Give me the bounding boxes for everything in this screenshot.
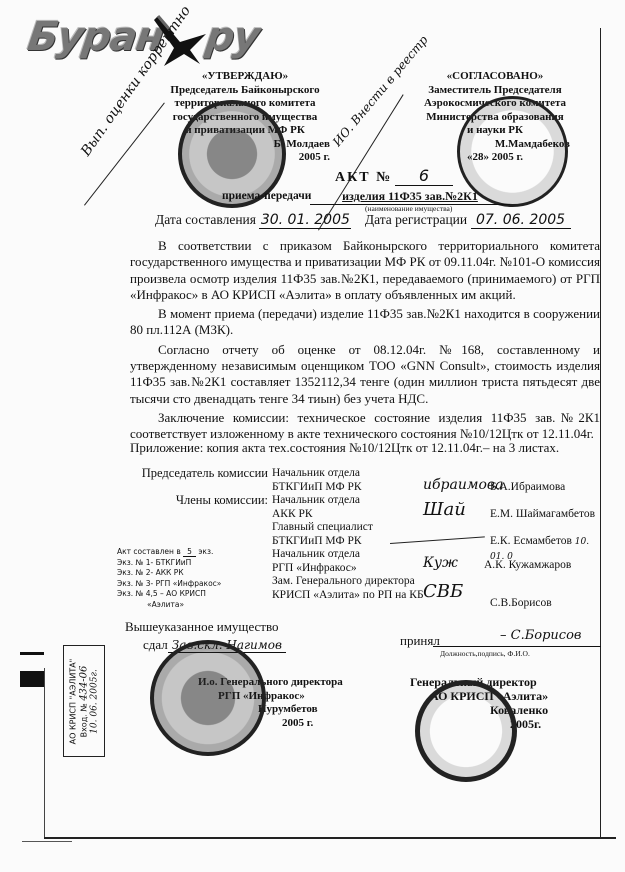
copies-count: 5 <box>183 547 196 557</box>
signer-position: Начальник отделаБТКГИиП МФ РК <box>272 467 432 494</box>
act-subtitle: приема-передачи <box>222 190 311 202</box>
copies-header: Акт составлен в 5 экз. <box>117 547 221 558</box>
members-label: Члены комиссии: <box>128 494 268 508</box>
gave-label: сдал <box>143 637 168 652</box>
signer-position: Главный специалистБТКГИиП МФ РК <box>272 521 432 548</box>
signature-mark: Шай <box>423 503 466 517</box>
stamp-date: 10. 06. 2005г. <box>90 658 101 744</box>
page-border-right <box>600 28 601 838</box>
agreement-title: «СОГЛАСОВАНО» <box>420 70 570 84</box>
infrakos-seal-stamp <box>150 640 266 756</box>
approval-line: Председатель Байконырского <box>160 84 330 98</box>
position-line: БТКГИиП МФ РК <box>272 481 432 495</box>
act-title: АКТ № <box>335 170 392 186</box>
incoming-registration-stamp: АО КРИСП "АЭЛИТА" Вход. № 434-06 10. 06.… <box>63 645 105 757</box>
stamp-label: Вход. № <box>80 703 89 737</box>
received-signature: – С.Борисов <box>500 628 581 643</box>
dates-row: Дата составления 30. 01. 2005 Дата регис… <box>155 212 605 229</box>
position-line: РГП «Инфракос» <box>272 562 432 576</box>
signer-name: А.К. Кужамжаров <box>484 559 571 573</box>
act-number: 6 <box>395 166 453 186</box>
page-border-bottom <box>44 837 616 839</box>
received-hint: Должность,подпись, Ф.И.О. <box>440 649 530 658</box>
stamp-org: АО КРИСП "АЭЛИТА" <box>68 658 79 744</box>
signer-position: Начальник отделаАКК РК <box>272 494 432 521</box>
stamp-number: 434-06 <box>79 665 90 700</box>
chair-label: Председатель комиссии <box>128 467 268 481</box>
note-underline <box>84 103 165 206</box>
registered-date-label: Дата регистрации <box>365 212 467 227</box>
position-line: Начальник отдела <box>272 548 432 562</box>
signer-name: Б.А.Ибраимова <box>490 481 565 495</box>
registered-date-value: 07. 06. 2005 <box>471 212 571 229</box>
signer-name: С.В.Борисов <box>490 597 552 611</box>
signer-name: Е.М. Шаймагамбетов <box>490 508 595 522</box>
body-paragraph: Заключение комиссии: техническое состоян… <box>130 410 600 443</box>
body-paragraph: Согласно отчету об оценке от 08.12.04г. … <box>130 342 600 407</box>
copies-header-suffix: экз. <box>198 547 213 556</box>
signature-mark: Куж <box>423 557 458 571</box>
signer-position: Начальник отделаРГП «Инфракос» <box>272 548 432 575</box>
appendix-note: Приложение: копия акта тех.состояния №10… <box>130 440 559 456</box>
scan-mark <box>20 652 44 655</box>
act-item: изделия 11Ф35 зав.№2К1 <box>310 189 510 205</box>
body-paragraph: В соответствии с приказом Байконырского … <box>130 238 600 303</box>
approval-title: «УТВЕРЖДАЮ» <box>160 70 330 84</box>
compiled-date-value: 30. 01. 2005 <box>259 212 351 229</box>
copy-line: Экз. № 1- БТКГИиП <box>117 558 221 569</box>
copy-line: «Аэлита» <box>117 600 221 611</box>
signature-mark: СВБ <box>423 585 463 599</box>
copies-list: Акт составлен в 5 экз. Экз. № 1- БТКГИиП… <box>117 547 221 610</box>
position-line: Начальник отдела <box>272 494 432 508</box>
logo-text-ru: ру <box>203 14 262 60</box>
signer-name-text: Е.К. Есмамбетов <box>490 535 572 547</box>
compiled-date-label: Дата составления <box>155 212 256 227</box>
position-line: Начальник отдела <box>272 467 432 481</box>
page-border-left <box>44 668 45 838</box>
copy-line: Экз. № 2- АКК РК <box>117 568 221 579</box>
position-line: Главный специалист <box>272 521 432 535</box>
aelita-seal-stamp <box>415 680 517 782</box>
page-border-bottom-stub <box>22 841 72 842</box>
copies-header-text: Акт составлен в <box>117 547 181 556</box>
copy-line: Экз. № 4,5 – АО КРИСП <box>117 589 221 600</box>
position-line: АКК РК <box>272 508 432 522</box>
body-paragraph: В момент приема (передачи) изделие 11Ф35… <box>130 306 600 339</box>
act-body: В соответствии с приказом Байконырского … <box>130 238 600 446</box>
received-signature-line <box>433 646 601 647</box>
copy-line: Экз. № 3- РГП «Инфракос» <box>117 579 221 590</box>
agreement-line: Заместитель Председателя <box>420 84 570 98</box>
scan-mark <box>20 671 44 687</box>
handover-title: Вышеуказанное имущество <box>125 618 286 636</box>
